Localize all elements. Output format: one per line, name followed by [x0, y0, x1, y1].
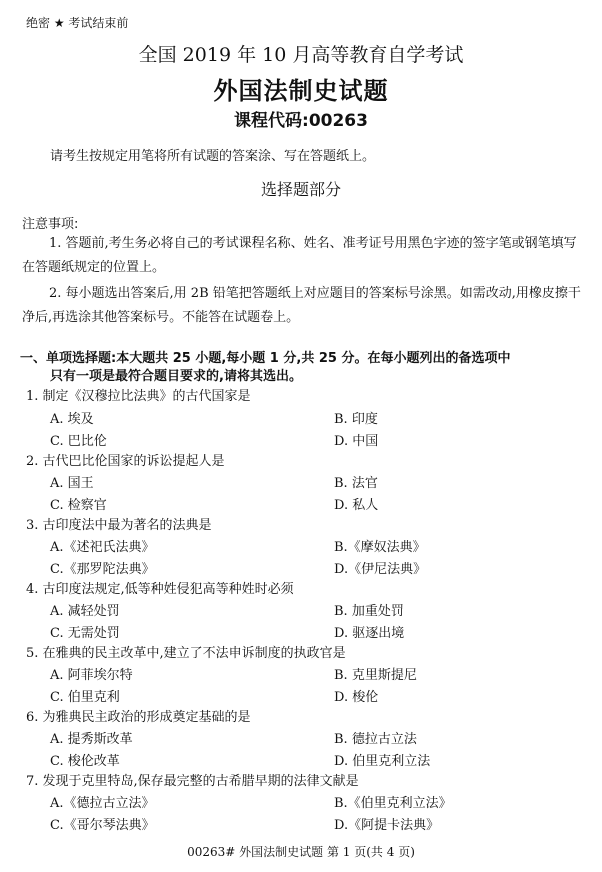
page-title: 外国法制史试题 [0, 71, 602, 106]
option: A. 阿菲埃尔特 [50, 664, 133, 683]
option: A.《德拉古立法》 [50, 792, 155, 811]
note-item: 2. 每小题选出答案后,用 2B 铅笔把答题纸上对应题目的答案标号涂黑。如需改动… [22, 282, 582, 330]
option: B. 加重处罚 [334, 600, 404, 619]
option: A. 提秀斯改革 [50, 728, 133, 747]
question-stem: 3. 古印度法中最为著名的法典是 [26, 514, 212, 533]
notes-heading: 注意事项: [22, 213, 78, 232]
option: A. 减轻处罚 [50, 600, 120, 619]
part-heading: 一、单项选择题:本大题共 25 小题,每小题 1 分,共 25 分。在每小题列出… [20, 350, 580, 386]
option: D.《伊尼法典》 [334, 558, 426, 577]
option: B. 克里斯提尼 [334, 664, 417, 683]
option: A. 埃及 [50, 408, 94, 427]
option: B. 德拉古立法 [334, 728, 417, 747]
option: C. 梭伦改革 [50, 750, 120, 769]
question-stem: 7. 发现于克里特岛,保存最完整的古希腊早期的法律文献是 [26, 770, 359, 789]
question-stem: 4. 古印度法规定,低等种姓侵犯高等种姓时必须 [26, 578, 294, 597]
part-heading-line2: 只有一项是最符合题目要求的,请将其选出。 [20, 368, 580, 386]
option: B. 印度 [334, 408, 378, 427]
option: C. 无需处罚 [50, 622, 120, 641]
section-title: 选择题部分 [0, 177, 602, 200]
option: C.《哥尔琴法典》 [50, 814, 155, 833]
option: C. 伯里克利 [50, 686, 120, 705]
option: B.《摩奴法典》 [334, 536, 426, 555]
confidential-mark: 绝密 ★ 考试结束前 [26, 14, 128, 31]
question-stem: 6. 为雅典民主政治的形成奠定基础的是 [26, 706, 251, 725]
option: D. 私人 [334, 494, 378, 513]
course-code: 课程代码:00263 [0, 106, 602, 131]
option: D.《阿提卡法典》 [334, 814, 439, 833]
option: D. 梭伦 [334, 686, 378, 705]
option: D. 驱逐出境 [334, 622, 404, 641]
option: C.《那罗陀法典》 [50, 558, 155, 577]
option: C. 巴比伦 [50, 430, 107, 449]
option: B.《伯里克利立法》 [334, 792, 452, 811]
option: B. 法官 [334, 472, 378, 491]
option: D. 伯里克利立法 [334, 750, 430, 769]
exam-name: 全国 2019 年 10 月高等教育自学考试 [0, 40, 602, 67]
page-footer: 00263# 外国法制史试题 第 1 页(共 4 页) [0, 843, 602, 860]
general-instruction: 请考生按规定用笔将所有试题的答案涂、写在答题纸上。 [50, 145, 375, 164]
option: D. 中国 [334, 430, 378, 449]
option: C. 检察官 [50, 494, 107, 513]
option: A.《述祀氏法典》 [50, 536, 155, 555]
question-stem: 2. 古代巴比伦国家的诉讼提起人是 [26, 450, 225, 469]
part-heading-line1: 一、单项选择题:本大题共 25 小题,每小题 1 分,共 25 分。在每小题列出… [20, 351, 510, 366]
option: A. 国王 [50, 472, 94, 491]
question-stem: 5. 在雅典的民主改革中,建立了不法申诉制度的执政官是 [26, 642, 346, 661]
question-stem: 1. 制定《汉穆拉比法典》的古代国家是 [26, 385, 251, 404]
note-item: 1. 答题前,考生务必将自己的考试课程名称、姓名、准考证号用黑色字迹的签字笔或钢… [22, 232, 582, 280]
